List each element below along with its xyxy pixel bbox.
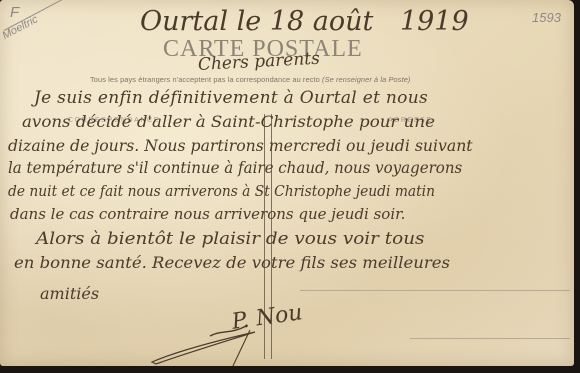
pencil-corner-note: Moeltric [0,13,40,42]
address-line [300,290,570,291]
handwritten-line: en bonne santé. Recevez de votre fils se… [14,253,450,272]
handwritten-line: la température s'il continue à faire cha… [8,159,462,177]
signature-flourish-icon [150,300,270,366]
postcard-back: F Moeltric 1593 CARTE POSTALE Tous les p… [0,0,574,366]
address-line [410,338,570,339]
dateline-month: août [313,6,374,37]
handwritten-line: de nuit et ce fait nous arriverons à St … [8,182,435,200]
printed-notice-paren: (Se renseigner à la Poste) [322,75,410,84]
handwritten-line: Je suis enfin définitivement à Ourtal et… [34,88,428,108]
handwritten-line: avons décidé d'aller à Saint-Christophe … [22,112,435,131]
handwritten-dateline: Ourtal le 18 août 1919 [140,6,469,37]
dateline-day: 18 [270,6,304,37]
handwritten-line: amitiés [40,284,99,303]
dateline-year: 1919 [400,6,469,37]
dateline-place: Ourtal le [140,6,261,37]
printed-notice: Tous les pays étrangers n'acceptent pas … [90,75,411,84]
pencil-inventory-number: 1593 [532,10,561,25]
handwritten-line: dans le cas contraire nous arriverons qu… [10,205,405,223]
pencil-corner-letter: F [10,4,19,21]
printed-notice-main: Tous les pays étrangers n'acceptent pas … [90,75,320,84]
handwritten-line: dizaine de jours. Nous partirons mercred… [8,136,473,155]
handwritten-line: Alors à bientôt le plaisir de vous voir … [36,229,424,249]
